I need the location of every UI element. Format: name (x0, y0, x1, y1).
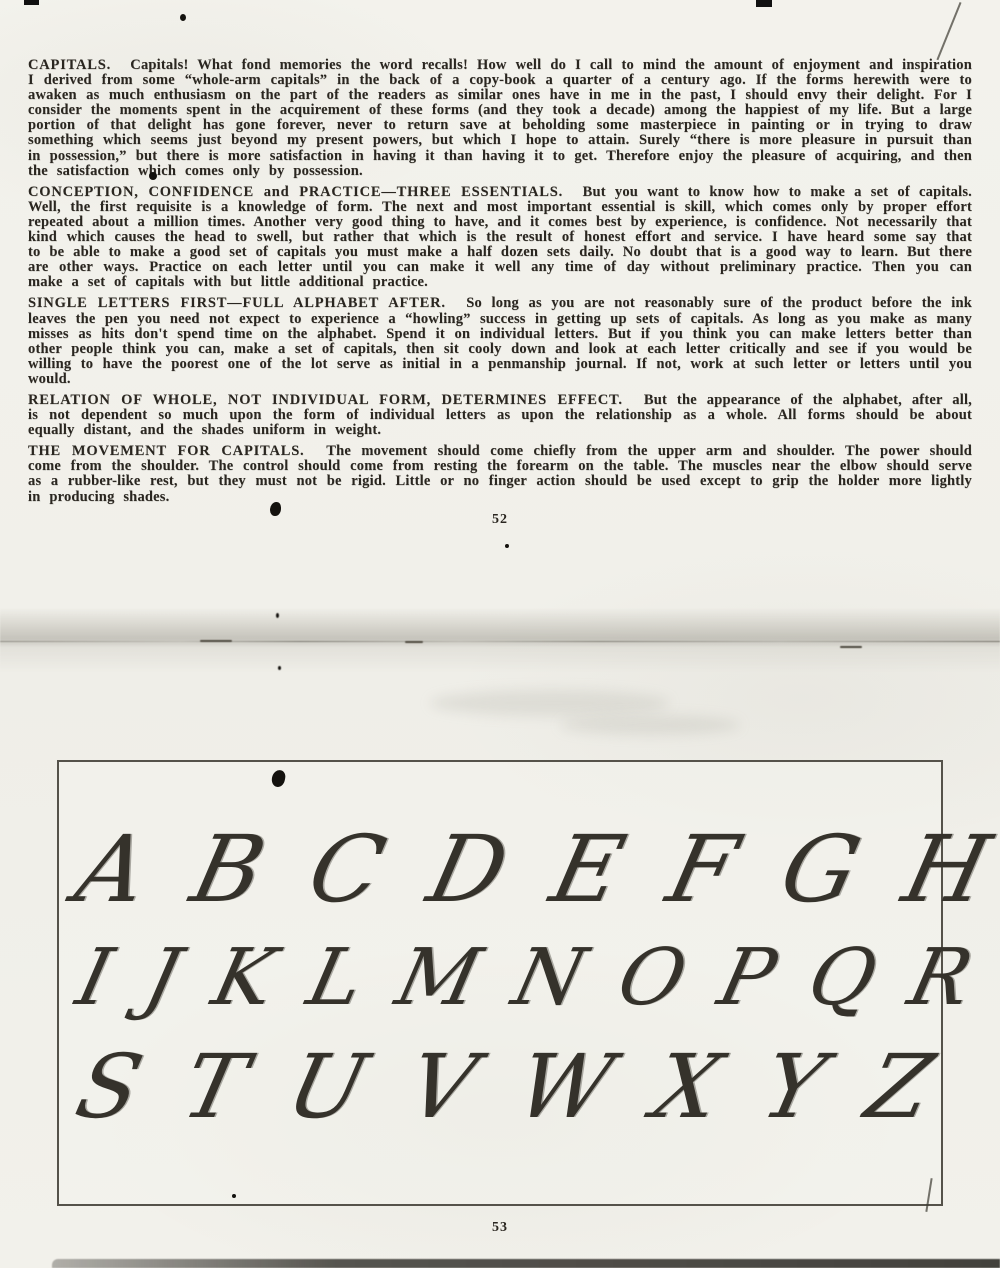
ink-speck (180, 14, 186, 21)
ink-speck (232, 1194, 236, 1198)
paragraph-heading: CONCEPTION, CONFIDENCE and PRACTICE—THRE… (28, 184, 583, 200)
page-number: 53 (0, 1220, 1000, 1236)
fold-crease-dash (840, 646, 862, 648)
scan-edge-mark (24, 0, 39, 5)
fold-crease-dash (200, 640, 232, 642)
paragraph-body: Capitals! What fond memories the word re… (28, 57, 972, 179)
page-number: 52 (28, 512, 972, 528)
scan-edge-mark (756, 0, 772, 7)
script-alphabet-plate: A B C D E F G H I J K L M N O P Q R S T … (57, 760, 943, 1206)
ink-speck (149, 172, 157, 180)
ink-speck (276, 613, 279, 618)
paragraph-single-letters: SINGLE LETTERS FIRST—FULL ALPHABET AFTER… (28, 296, 972, 387)
body-text: CAPITALS.Capitals! What fond memories th… (28, 58, 972, 528)
paragraph-heading: CAPITALS. (28, 57, 130, 73)
paragraph-movement: THE MOVEMENT FOR CAPITALS.The movement s… (28, 444, 972, 504)
paragraph-three-essentials: CONCEPTION, CONFIDENCE and PRACTICE—THRE… (28, 185, 972, 291)
scan-edge-shadow (52, 1259, 1000, 1268)
fold-crease-dash (405, 641, 423, 643)
fold-crease-line (0, 641, 1000, 642)
ink-speck (505, 544, 509, 548)
ink-speck (278, 666, 281, 670)
show-through-smudge (560, 715, 740, 735)
paragraph-heading: THE MOVEMENT FOR CAPITALS. (28, 443, 326, 459)
paragraph-heading: RELATION OF WHOLE, NOT INDIVIDUAL FORM, … (28, 392, 644, 408)
paragraph-heading: SINGLE LETTERS FIRST—FULL ALPHABET AFTER… (28, 295, 466, 311)
paragraph-relation-of-whole: RELATION OF WHOLE, NOT INDIVIDUAL FORM, … (28, 393, 972, 438)
fold-crease (0, 608, 1000, 672)
script-capitals-row-3: S T U V W X Y Z (68, 1038, 933, 1137)
script-capitals-row-2: I J K L M N O P Q R (69, 935, 931, 1022)
scan-hair-line (936, 2, 961, 60)
show-through-smudge (430, 690, 670, 716)
paragraph-capitals: CAPITALS.Capitals! What fond memories th… (28, 58, 972, 179)
script-capitals-row-1: A B C D E F G H (67, 818, 933, 921)
scanned-book-page: CAPITALS.Capitals! What fond memories th… (0, 0, 1000, 1268)
paragraph-body: But you want to know how to make a set o… (28, 184, 972, 291)
